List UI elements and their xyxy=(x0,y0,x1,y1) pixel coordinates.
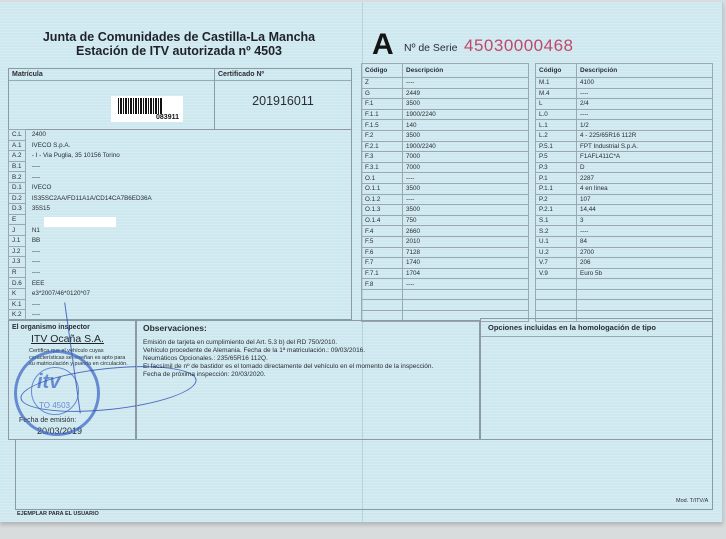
table-row xyxy=(536,279,713,290)
table-row: O.1---- xyxy=(362,173,529,184)
table-row: O.1.2---- xyxy=(362,194,529,205)
field-value: 2449 xyxy=(403,88,529,99)
table-row: F.42660 xyxy=(362,226,529,237)
field-code: U.1 xyxy=(536,236,577,247)
col-codigo: Código xyxy=(536,64,577,78)
inspector-label: El organismo inspector xyxy=(9,321,135,331)
field-code: P.3 xyxy=(536,162,577,173)
field-code: L xyxy=(536,99,577,110)
field-code: G xyxy=(362,88,403,99)
field-code: F.5 xyxy=(362,236,403,247)
certificado-box: Certificado Nº 201916011 xyxy=(214,68,352,130)
field-value: 1900/2240 xyxy=(403,109,529,120)
table-row: F.8---- xyxy=(362,279,529,290)
field-value: 84 xyxy=(577,236,713,247)
field-code xyxy=(362,289,403,300)
observaciones-text: Emisión de tarjeta en cumplimiento del A… xyxy=(137,335,479,379)
title-line-1: Junta de Comunidades de Castilla-La Manc… xyxy=(40,30,318,44)
field-code: O.1.1 xyxy=(362,183,403,194)
table-row: F.3.17000 xyxy=(362,162,529,173)
field-code: U.2 xyxy=(536,247,577,258)
field-code: F.3 xyxy=(362,152,403,163)
field-value: 2/4 xyxy=(577,99,713,110)
table-row: O.1.13500 xyxy=(362,183,529,194)
table-row: P.2.114,44 xyxy=(536,205,713,216)
inspector-name: ITV Ocaña S.A. xyxy=(9,331,135,345)
field-code: A.2 xyxy=(9,151,26,162)
table-row: B.2---- xyxy=(9,172,156,183)
field-code: K xyxy=(9,288,26,299)
field-code: D.3 xyxy=(9,204,26,215)
table-row: L.11/2 xyxy=(536,120,713,131)
matricula-label: Matrícula xyxy=(9,69,214,81)
table-row xyxy=(362,289,529,300)
field-code: B.2 xyxy=(9,172,26,183)
field-value: 140 xyxy=(403,120,529,131)
field-code: L.1 xyxy=(536,120,577,131)
field-code xyxy=(536,300,577,311)
table-row: O.1.33500 xyxy=(362,205,529,216)
field-value: 750 xyxy=(403,215,529,226)
blank-area xyxy=(15,440,713,510)
field-code: P.2 xyxy=(536,194,577,205)
field-code: D.2 xyxy=(9,193,26,204)
field-value: ---- xyxy=(403,78,529,89)
observaciones-box: Observaciones: Emisión de tarjeta en cum… xyxy=(136,320,480,440)
field-value: 3500 xyxy=(403,99,529,110)
field-value: 1/2 xyxy=(577,120,713,131)
table-row: J.1BB xyxy=(9,235,156,246)
field-value: ---- xyxy=(25,257,155,268)
table-row: K.1---- xyxy=(9,299,156,310)
table-row: C.L2400 xyxy=(9,130,156,141)
observation-line: El facsímil de nº de bastidor es el toma… xyxy=(143,363,473,371)
observaciones-label: Observaciones: xyxy=(137,321,479,335)
table-row: L.24 - 225/65R16 112R xyxy=(536,130,713,141)
field-code: F.3.1 xyxy=(362,162,403,173)
field-value: 2400 xyxy=(25,130,155,141)
table-row: F.23500 xyxy=(362,130,529,141)
field-code: F.8 xyxy=(362,279,403,290)
field-value: 35S15 xyxy=(25,204,155,215)
table-row: L.0---- xyxy=(536,109,713,120)
field-code: E xyxy=(9,214,26,225)
table-row: D.335S15 xyxy=(9,204,156,215)
field-value: ---- xyxy=(25,246,155,257)
col-descripcion: Descripción xyxy=(577,64,713,78)
table-row: J.3---- xyxy=(9,257,156,268)
field-value: 4100 xyxy=(577,78,713,89)
field-value: 3 xyxy=(577,215,713,226)
table-row: V.7206 xyxy=(536,258,713,269)
table-row: F.13500 xyxy=(362,99,529,110)
table-row: F.1.11900/2240 xyxy=(362,109,529,120)
field-value: ---- xyxy=(577,226,713,237)
field-code: L.2 xyxy=(536,130,577,141)
field-value xyxy=(577,279,713,290)
field-code: J.1 xyxy=(9,235,26,246)
field-value: 7000 xyxy=(403,162,529,173)
field-value: ---- xyxy=(403,173,529,184)
field-code: P.1.1 xyxy=(536,183,577,194)
field-value: e3*2007/46*0120*07 xyxy=(25,288,155,299)
opciones-label: Opciones incluidas en la homologación de… xyxy=(481,319,712,337)
observation-line: Neumáticos Opcionales.: 235/65R16 112Q. xyxy=(143,355,473,363)
certificado-value: 201916011 xyxy=(215,94,351,108)
field-value: EEE xyxy=(25,278,155,289)
table-row: D.1IVECO xyxy=(9,182,156,193)
field-code: K.1 xyxy=(9,299,26,310)
field-code xyxy=(362,300,403,311)
field-code: F.6 xyxy=(362,247,403,258)
table-row: D.6EEE xyxy=(9,278,156,289)
table-row xyxy=(362,300,529,311)
serie-number: 45030000468 xyxy=(464,36,574,56)
technical-table-right: Código Descripción M.14100M.4----L2/4L.0… xyxy=(535,63,713,322)
field-code: P.5 xyxy=(536,152,577,163)
field-code: S.2 xyxy=(536,226,577,237)
table-row: F.1.5140 xyxy=(362,120,529,131)
field-code: F.1.5 xyxy=(362,120,403,131)
field-value: 14,44 xyxy=(577,205,713,216)
field-code: S.1 xyxy=(536,215,577,226)
field-value xyxy=(403,300,529,311)
field-code: F.7 xyxy=(362,258,403,269)
field-value: 4 - 225/65R16 112R xyxy=(577,130,713,141)
table-row: P.5.1FPT Industrial S.p.A. xyxy=(536,141,713,152)
field-value: IVECO xyxy=(25,182,155,193)
field-value: ---- xyxy=(577,88,713,99)
field-value: 3500 xyxy=(403,205,529,216)
field-code: A.1 xyxy=(9,140,26,151)
field-code: F.7.1 xyxy=(362,268,403,279)
table-row: F.37000 xyxy=(362,152,529,163)
field-code: F.1 xyxy=(362,99,403,110)
field-code: K.2 xyxy=(9,310,26,321)
table-row: F.7.11704 xyxy=(362,268,529,279)
field-value: 7128 xyxy=(403,247,529,258)
field-code: L.0 xyxy=(536,109,577,120)
field-code: F.1.1 xyxy=(362,109,403,120)
table-row: O.1.4750 xyxy=(362,215,529,226)
model-code: Mod. T/ITV/A xyxy=(676,498,708,504)
table-row: D.2IS35SC2AA/FD11A1A/CD14CA7B6ED36A xyxy=(9,193,156,204)
field-code: F.2.1 xyxy=(362,141,403,152)
field-value xyxy=(403,289,529,300)
field-code: C.L xyxy=(9,130,26,141)
category-letter: A xyxy=(372,30,394,60)
ejemplar-label: EJEMPLAR PARA EL USUARIO xyxy=(17,511,99,517)
field-code: M.1 xyxy=(536,78,577,89)
table-row: P.2107 xyxy=(536,194,713,205)
field-code: M.4 xyxy=(536,88,577,99)
table-row: K.2---- xyxy=(9,310,156,321)
title-line-2: Estación de ITV autorizada nº 4503 xyxy=(40,44,318,58)
field-value: 206 xyxy=(577,258,713,269)
field-code: F.4 xyxy=(362,226,403,237)
redacted-field xyxy=(44,217,116,227)
field-code: O.1.4 xyxy=(362,215,403,226)
field-code: Z xyxy=(362,78,403,89)
table-row: P.12287 xyxy=(536,173,713,184)
issuer-title: Junta de Comunidades de Castilla-La Manc… xyxy=(40,30,318,58)
table-row: F.71740 xyxy=(362,258,529,269)
field-code: J.3 xyxy=(9,257,26,268)
field-value: 1704 xyxy=(403,268,529,279)
observation-line: Fecha de próxima inspección: 20/03/2020. xyxy=(143,371,473,379)
field-value: IS35SC2AA/FD11A1A/CD14CA7B6ED36A xyxy=(25,193,155,204)
table-row xyxy=(536,289,713,300)
field-value: 1740 xyxy=(403,258,529,269)
field-value: 2010 xyxy=(403,236,529,247)
table-row: Z---- xyxy=(362,78,529,89)
table-row: P.1.14 en línea xyxy=(536,183,713,194)
field-code: J xyxy=(9,225,26,236)
field-value: ---- xyxy=(577,109,713,120)
table-row: M.14100 xyxy=(536,78,713,89)
table-row: P.3D xyxy=(536,162,713,173)
table-row: F.2.11900/2240 xyxy=(362,141,529,152)
col-codigo: Código xyxy=(362,64,403,78)
serie-label: Nº de Serie xyxy=(404,42,457,54)
field-code: J.2 xyxy=(9,246,26,257)
field-code: V.9 xyxy=(536,268,577,279)
table-row: Ke3*2007/46*0120*07 xyxy=(9,288,156,299)
table-row: S.13 xyxy=(536,215,713,226)
table-row: B.1---- xyxy=(9,161,156,172)
table-row: A.1IVECO S.p.A. xyxy=(9,140,156,151)
field-value: D xyxy=(577,162,713,173)
field-code: R xyxy=(9,267,26,278)
table-row: L2/4 xyxy=(536,99,713,110)
field-code: P.1 xyxy=(536,173,577,184)
field-code: P.2.1 xyxy=(536,205,577,216)
barcode-number: 083911 xyxy=(156,114,179,121)
table-row: S.2---- xyxy=(536,226,713,237)
field-value: 107 xyxy=(577,194,713,205)
table-row xyxy=(536,300,713,311)
field-value: Euro 5b xyxy=(577,268,713,279)
opciones-box: Opciones incluidas en la homologación de… xyxy=(480,318,713,440)
table-row: U.184 xyxy=(536,236,713,247)
field-value: ---- xyxy=(403,194,529,205)
itv-card: Junta de Comunidades de Castilla-La Manc… xyxy=(0,2,723,522)
field-code: V.7 xyxy=(536,258,577,269)
field-code: O.1.2 xyxy=(362,194,403,205)
field-value xyxy=(577,300,713,311)
barcode-label: 083911 xyxy=(111,96,183,122)
table-row: F.52010 xyxy=(362,236,529,247)
field-code: D.6 xyxy=(9,278,26,289)
field-value: F1AFL411C*A xyxy=(577,152,713,163)
field-code: O.1.3 xyxy=(362,205,403,216)
field-code: F.2 xyxy=(362,130,403,141)
table-row: M.4---- xyxy=(536,88,713,99)
field-value: ---- xyxy=(25,172,155,183)
field-value: ---- xyxy=(25,267,155,278)
field-value: FPT Industrial S.p.A. xyxy=(577,141,713,152)
field-value: 1900/2240 xyxy=(403,141,529,152)
observation-line: Emisión de tarjeta en cumplimiento del A… xyxy=(143,339,473,347)
table-row: A.2- I - Via Puglia, 35 10156 Torino xyxy=(9,151,156,162)
field-value: ---- xyxy=(25,310,155,321)
table-row: P.5F1AFL411C*A xyxy=(536,152,713,163)
field-value: 2660 xyxy=(403,226,529,237)
field-code: P.5.1 xyxy=(536,141,577,152)
field-value: ---- xyxy=(25,161,155,172)
technical-table-middle: Código Descripción Z----G2449F.13500F.1.… xyxy=(361,63,529,322)
field-value: IVECO S.p.A. xyxy=(25,140,155,151)
table-row: J.2---- xyxy=(9,246,156,257)
table-row: F.67128 xyxy=(362,247,529,258)
field-code: B.1 xyxy=(9,161,26,172)
certificado-label: Certificado Nº xyxy=(215,69,351,81)
field-value: 4 en línea xyxy=(577,183,713,194)
field-code: O.1 xyxy=(362,173,403,184)
table-row: R---- xyxy=(9,267,156,278)
field-value xyxy=(577,289,713,300)
field-value: 2287 xyxy=(577,173,713,184)
field-value: 3500 xyxy=(403,130,529,141)
barcode-icon xyxy=(118,98,162,114)
observation-line: Vehículo procedente de Alemania. Fecha d… xyxy=(143,347,473,355)
field-value: 2700 xyxy=(577,247,713,258)
field-value: BB xyxy=(25,235,155,246)
field-value: ---- xyxy=(403,279,529,290)
field-value: 3500 xyxy=(403,183,529,194)
field-code: D.1 xyxy=(9,182,26,193)
field-value: - I - Via Puglia, 35 10156 Torino xyxy=(25,151,155,162)
field-value: 7000 xyxy=(403,152,529,163)
table-row: G2449 xyxy=(362,88,529,99)
table-row: U.22700 xyxy=(536,247,713,258)
table-row: V.9Euro 5b xyxy=(536,268,713,279)
col-descripcion: Descripción xyxy=(403,64,529,78)
field-value: ---- xyxy=(25,299,155,310)
field-code xyxy=(536,279,577,290)
field-code xyxy=(536,289,577,300)
